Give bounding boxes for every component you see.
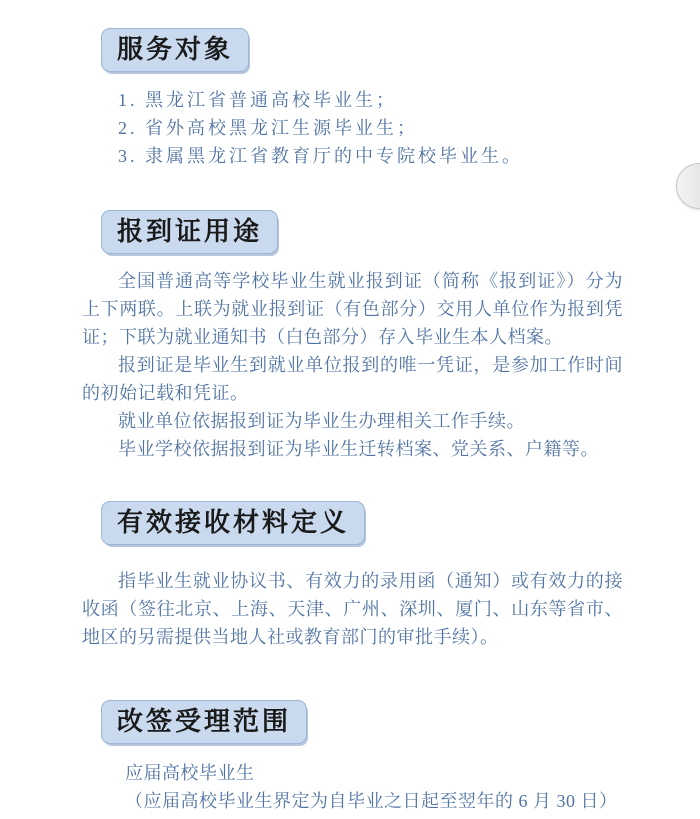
section-title: 报到证用途	[117, 217, 262, 246]
list-item: 3. 隶属黑龙江省教育厅的中专院校毕业生。	[118, 142, 700, 170]
service-targets-list: 1. 黑龙江省普通高校毕业生； 2. 省外高校黑龙江生源毕业生； 3. 隶属黑龙…	[118, 86, 700, 170]
section-title: 改签受理范围	[117, 707, 291, 736]
section-title-box: 服务对象	[101, 28, 249, 72]
section-title-box: 报到证用途	[101, 210, 278, 254]
paragraph: 报到证是毕业生到就业单位报到的唯一凭证，是参加工作时间的初始记载和凭证。	[82, 351, 623, 407]
section-reissue-scope: 改签受理范围 应届高校毕业生 （应届高校毕业生界定为自毕业之日起至翌年的 6 月…	[0, 700, 700, 815]
section-title: 服务对象	[117, 35, 233, 64]
paragraph: 全国普通高等学校毕业生就业报到证（简称《报到证》）分为上下两联。上联为就业报到证…	[82, 267, 623, 351]
paragraph: 指毕业生就业协议书、有效力的录用函（通知）或有效力的接收函（签往北京、上海、天津…	[82, 567, 623, 651]
section-certificate-usage: 报到证用途 全国普通高等学校毕业生就业报到证（简称《报到证》）分为上下两联。上联…	[0, 210, 700, 463]
section-title-box: 改签受理范围	[101, 700, 307, 744]
list-item: 2. 省外高校黑龙江生源毕业生；	[118, 114, 700, 142]
valid-materials-paragraphs: 指毕业生就业协议书、有效力的录用函（通知）或有效力的接收函（签往北京、上海、天津…	[82, 567, 623, 651]
section-valid-materials: 有效接收材料定义 指毕业生就业协议书、有效力的录用函（通知）或有效力的接收函（签…	[0, 501, 700, 651]
paragraph: 毕业学校依据报到证为毕业生迁转档案、党关系、户籍等。	[82, 435, 623, 463]
list-item: （应届高校毕业生界定为自毕业之日起至翌年的 6 月 30 日）	[125, 787, 700, 815]
list-item: 应届高校毕业生	[125, 759, 700, 787]
section-title-box: 有效接收材料定义	[101, 501, 365, 545]
paragraph: 就业单位依据报到证为毕业生办理相关工作手续。	[82, 407, 623, 435]
reissue-scope-lines: 应届高校毕业生 （应届高校毕业生界定为自毕业之日起至翌年的 6 月 30 日）	[125, 759, 700, 815]
document-page: 服务对象 1. 黑龙江省普通高校毕业生； 2. 省外高校黑龙江生源毕业生； 3.…	[0, 0, 700, 819]
list-item: 1. 黑龙江省普通高校毕业生；	[118, 86, 700, 114]
section-service-targets: 服务对象 1. 黑龙江省普通高校毕业生； 2. 省外高校黑龙江生源毕业生； 3.…	[0, 28, 700, 170]
section-title: 有效接收材料定义	[117, 508, 349, 537]
certificate-usage-paragraphs: 全国普通高等学校毕业生就业报到证（简称《报到证》）分为上下两联。上联为就业报到证…	[82, 267, 623, 463]
